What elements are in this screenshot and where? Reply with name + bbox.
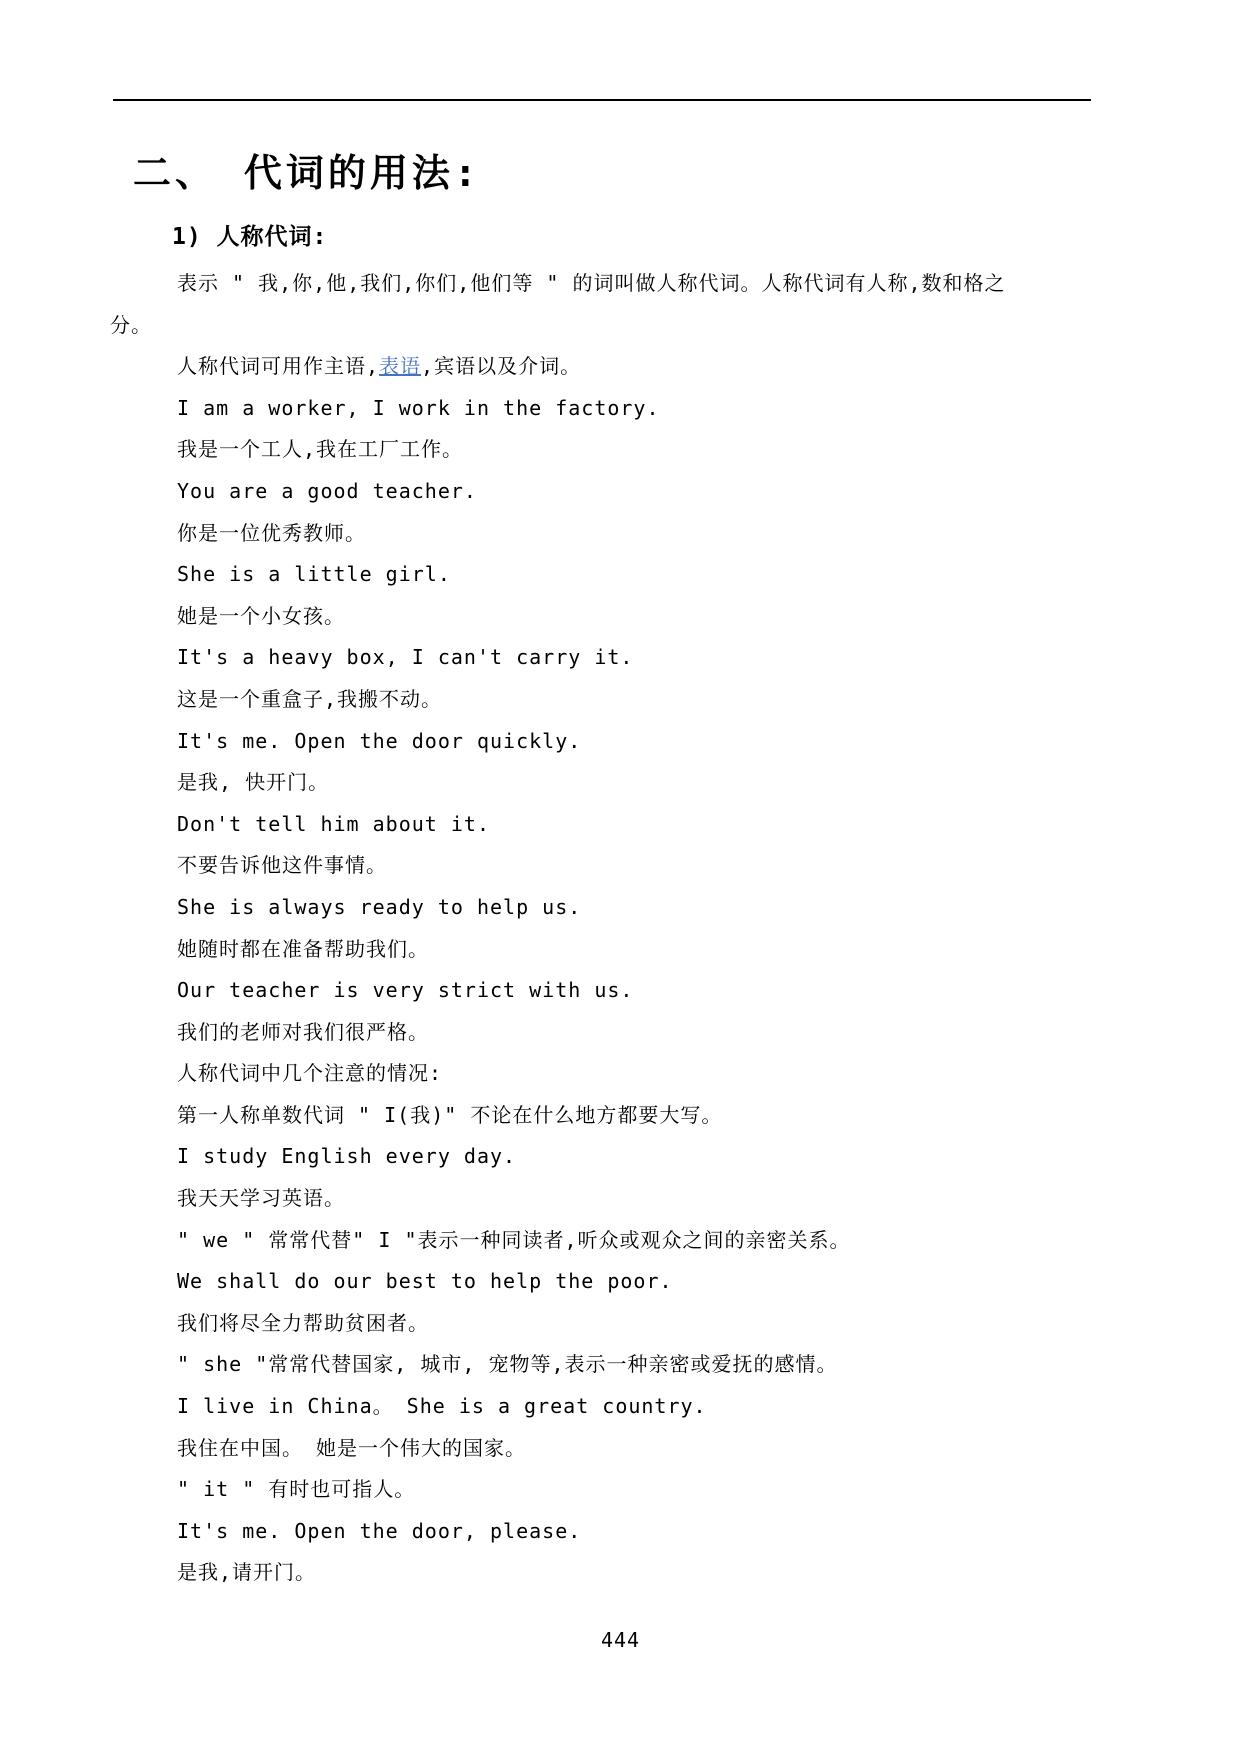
example-line: 我们将尽全力帮助贫困者。	[110, 1303, 1105, 1345]
note-line: 第一人称单数代词 " I(我)" 不论在什么地方都要大写。	[110, 1095, 1105, 1137]
example-line: 不要告诉他这件事情。	[110, 845, 1105, 887]
example-line: 我天天学习英语。	[110, 1178, 1105, 1220]
intro-line-1: 表示 " 我,你,他,我们,你们,他们等 " 的词叫做人称代词。人称代词有人称,…	[110, 263, 1105, 305]
document-page: 二、 代词的用法: 1) 人称代词: 表示 " 我,你,他,我们,你们,他们等 …	[0, 0, 1241, 1754]
intro-line-2: 分。	[110, 305, 1105, 347]
example-line: Our teacher is very strict with us.	[110, 970, 1105, 1012]
link-line-after: ,宾语以及介词。	[421, 354, 581, 378]
note-line: 人称代词中几个注意的情况:	[110, 1053, 1105, 1095]
note-line: " she "常常代替国家, 城市, 宠物等,表示一种亲密或爱抚的感情。	[110, 1344, 1105, 1386]
example-line: We shall do our best to help the poor.	[110, 1261, 1105, 1303]
example-line: You are a good teacher.	[110, 471, 1105, 513]
note-line: " it " 有时也可指人。	[110, 1469, 1105, 1511]
subsection-heading: 1) 人称代词:	[172, 221, 327, 253]
example-line: 你是一位优秀教师。	[110, 513, 1105, 555]
example-line: It's me. Open the door quickly.	[110, 721, 1105, 763]
example-line: 她随时都在准备帮助我们。	[110, 929, 1105, 971]
example-line: She is always ready to help us.	[110, 887, 1105, 929]
page-number: 444	[0, 1627, 1241, 1653]
example-line: 我们的老师对我们很严格。	[110, 1012, 1105, 1054]
link-line: 人称代词可用作主语,表语,宾语以及介词。	[110, 346, 1105, 388]
example-line: I study English every day.	[110, 1136, 1105, 1178]
example-line: 是我,请开门。	[110, 1552, 1105, 1594]
example-line: I live in China。 She is a great country.	[110, 1386, 1105, 1428]
link-line-before: 人称代词可用作主语,	[177, 354, 379, 378]
note-line: " we " 常常代替" I "表示一种同读者,听众或观众之间的亲密关系。	[110, 1220, 1105, 1262]
example-line: She is a little girl.	[110, 554, 1105, 596]
example-line: Don't tell him about it.	[110, 804, 1105, 846]
biaoyu-link[interactable]: 表语	[379, 354, 421, 378]
example-line: It's me. Open the door, please.	[110, 1511, 1105, 1553]
section-heading: 二、 代词的用法:	[133, 150, 481, 196]
example-line: 我住在中国。 她是一个伟大的国家。	[110, 1428, 1105, 1470]
body-text: 表示 " 我,你,他,我们,你们,他们等 " 的词叫做人称代词。人称代词有人称,…	[110, 263, 1105, 1594]
example-line: I am a worker, I work in the factory.	[110, 388, 1105, 430]
example-line: 她是一个小女孩。	[110, 596, 1105, 638]
example-line: 这是一个重盒子,我搬不动。	[110, 679, 1105, 721]
example-line: 是我, 快开门。	[110, 762, 1105, 804]
example-line: 我是一个工人,我在工厂工作。	[110, 429, 1105, 471]
header-rule	[113, 99, 1091, 101]
example-line: It's a heavy box, I can't carry it.	[110, 637, 1105, 679]
